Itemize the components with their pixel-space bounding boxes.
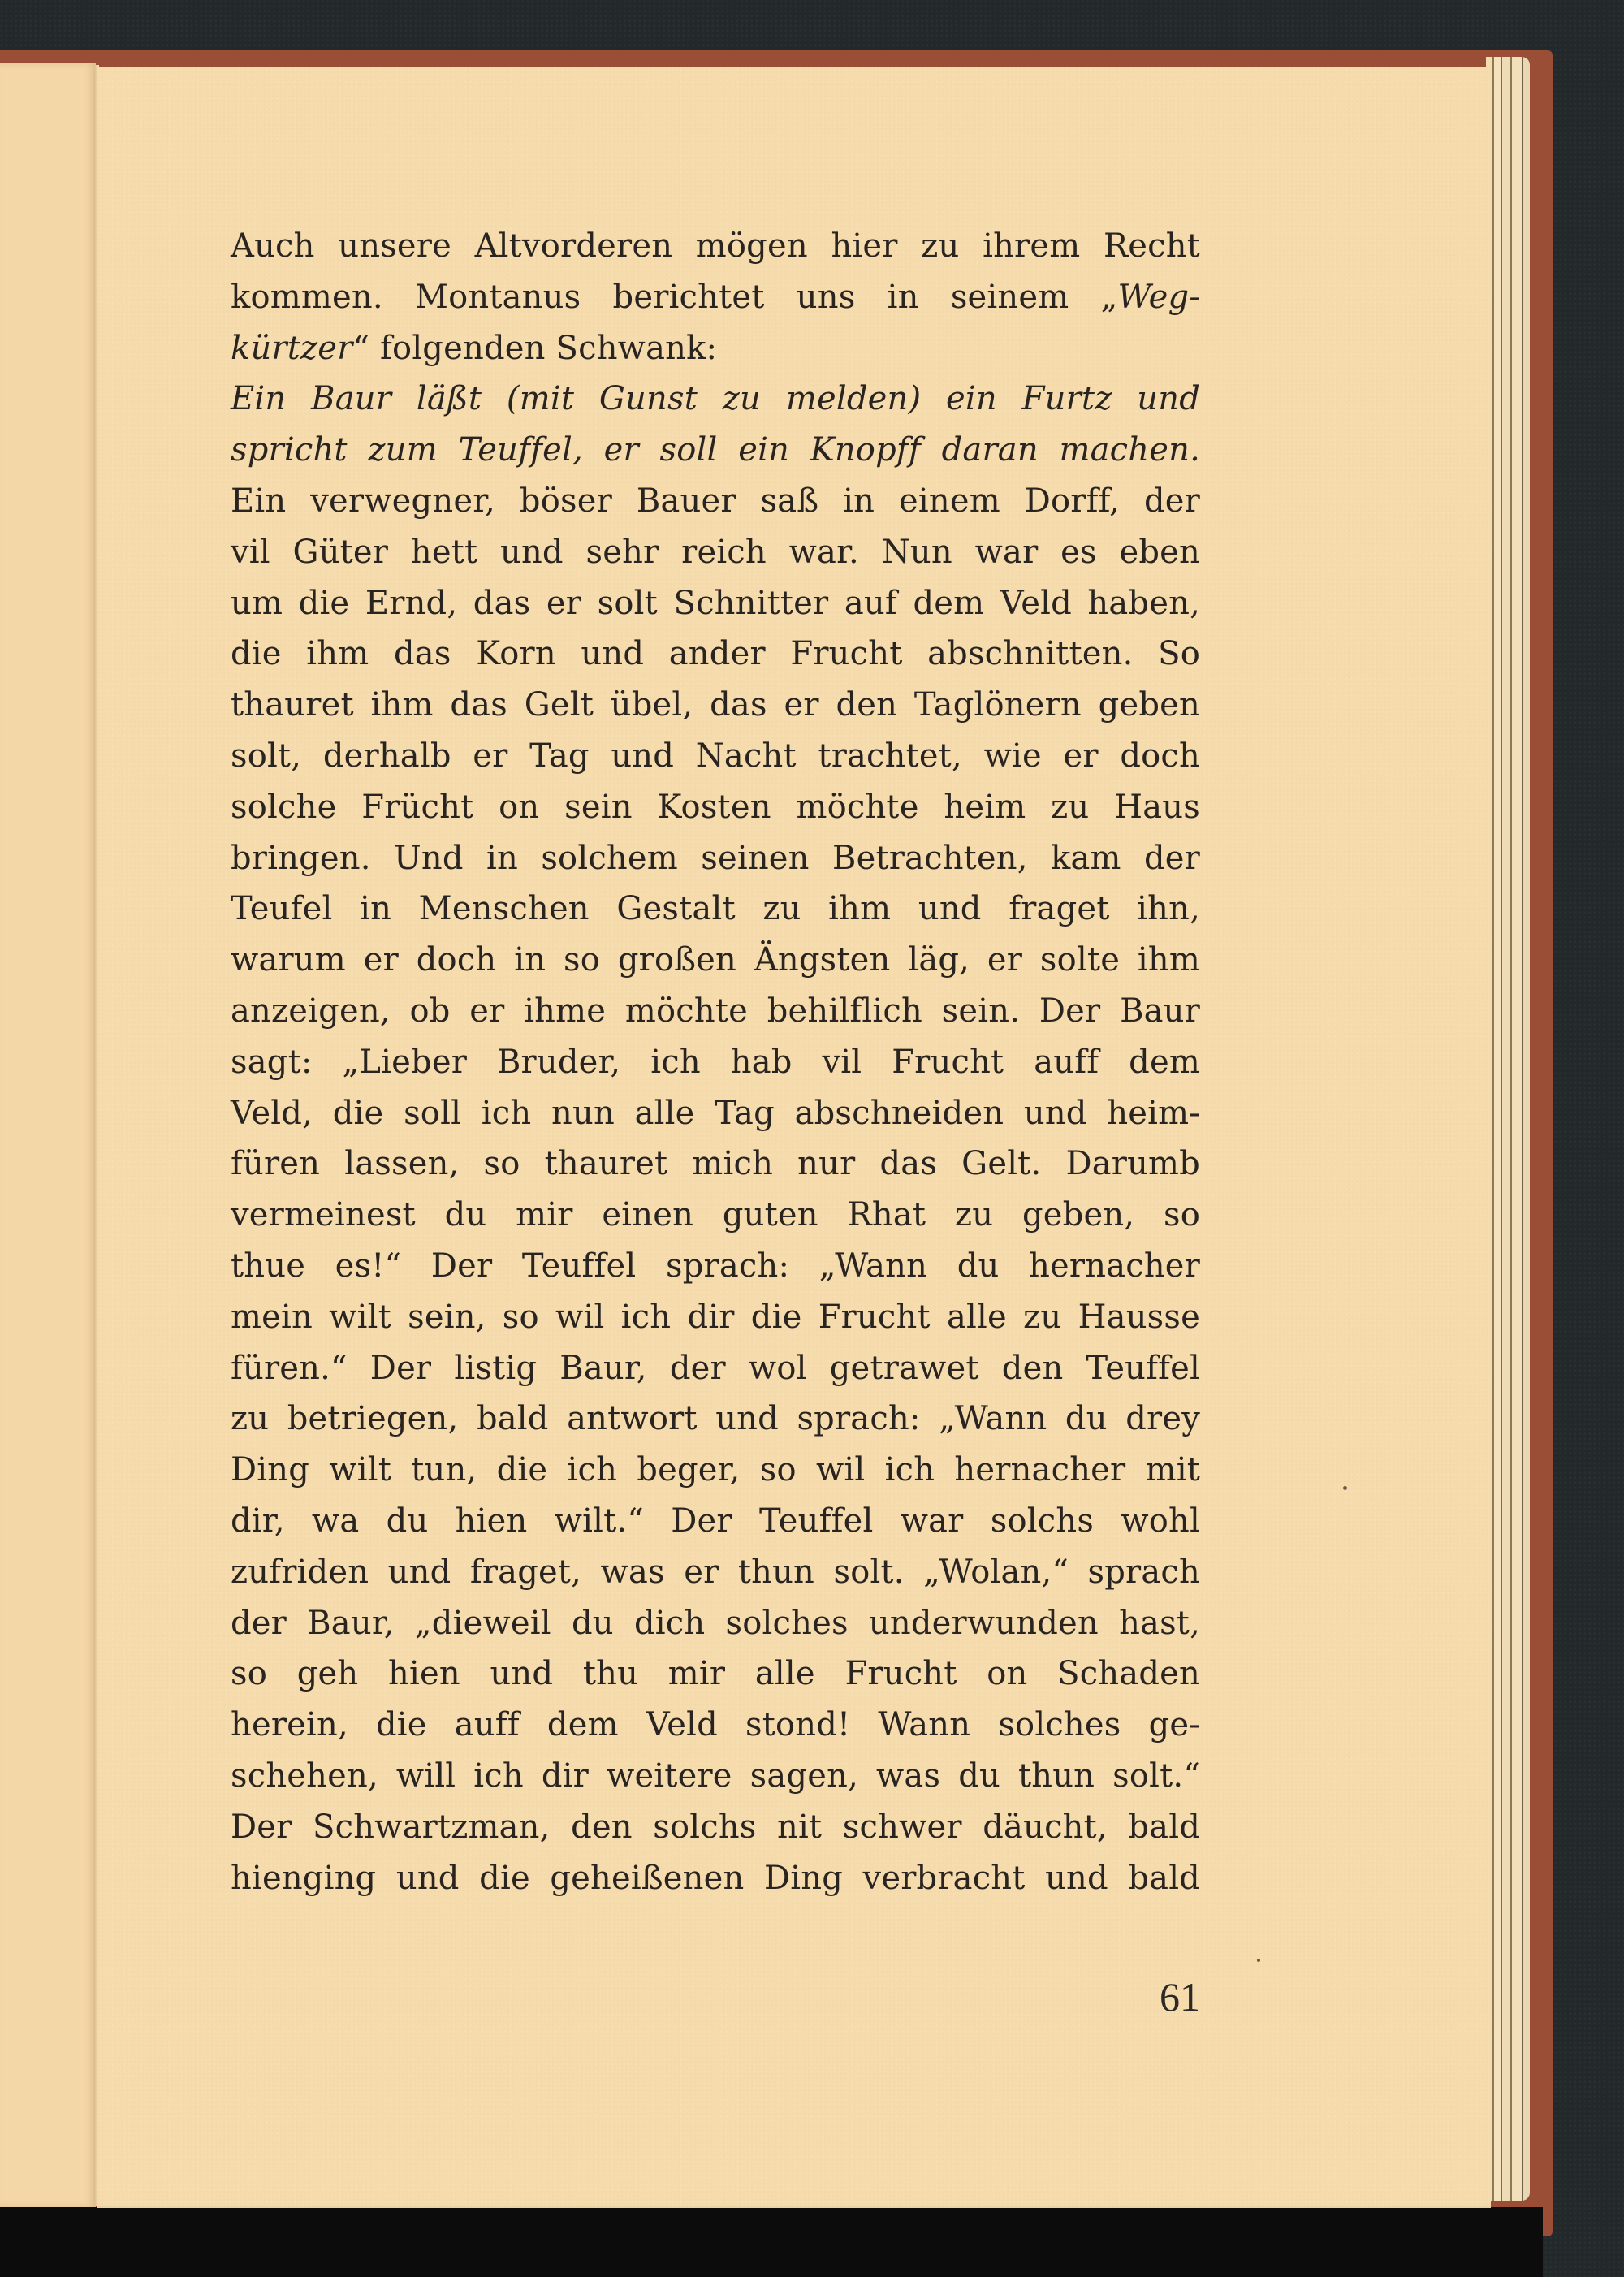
text-line: zu betriegen, bald antwort und sprach: „… — [231, 1393, 1200, 1445]
text-line: um die Ernd, das er solt Schnitter auf d… — [231, 578, 1200, 629]
text-line: hienging und die geheißenen Ding verbrac… — [231, 1853, 1200, 1904]
text-line: sagt: „Lieber Bruder, ich hab vil Frucht… — [231, 1037, 1200, 1088]
text-line: solt, derhalb er Tag und Nacht trachtet,… — [231, 731, 1200, 782]
page-number: 61 — [1160, 1973, 1200, 2020]
text-line: spricht zum Teuffel, er soll ein Knopff … — [231, 425, 1200, 476]
text-line: Auch unsere Altvorderen mögen hier zu ih… — [231, 221, 1200, 272]
text-line: dir, wa du hien wilt.“ Der Teuffel war s… — [231, 1496, 1200, 1547]
paper-speck — [1343, 1486, 1347, 1490]
page-text: Auch unsere Altvorderen mögen hier zu ih… — [231, 221, 1200, 1903]
text-span: kommen. Montanus berichtet uns in seinem… — [231, 279, 1118, 316]
page-edges — [1486, 57, 1530, 2201]
italic-title-span: kürtzer — [231, 330, 352, 367]
text-span: “ folgenden Schwank: — [352, 330, 717, 367]
text-line: füren.“ Der listig Baur, der wol getrawe… — [231, 1343, 1200, 1394]
text-line: vil Güter hett und sehr reich war. Nun w… — [231, 527, 1200, 578]
text-line: solche Frücht on sein Kosten möchte heim… — [231, 782, 1200, 833]
text-line: zufriden und fraget, was er thun solt. „… — [231, 1547, 1200, 1598]
left-page-edge — [0, 63, 96, 2207]
text-line: anzeigen, ob er ihme möchte behilflich s… — [231, 986, 1200, 1037]
text-line: der Baur, „dieweil du dich solches under… — [231, 1598, 1200, 1649]
text-line: vermeinest du mir einen guten Rhat zu ge… — [231, 1190, 1200, 1241]
text-line: füren lassen, so thauret mich nur das Ge… — [231, 1138, 1200, 1190]
text-line: Der Schwartzman, den solchs nit schwer d… — [231, 1802, 1200, 1853]
text-line: die ihm das Korn und ander Frucht abschn… — [231, 629, 1200, 680]
text-line: Teufel in Menschen Gestalt zu ihm und fr… — [231, 884, 1200, 935]
text-line: mein wilt sein, so wil ich dir die Fruch… — [231, 1292, 1200, 1343]
text-line: kürtzer“ folgenden Schwank: — [231, 323, 1200, 374]
text-line: kommen. Montanus berichtet uns in seinem… — [231, 272, 1200, 323]
text-line: herein, die auff dem Veld stond! Wann so… — [231, 1700, 1200, 1751]
text-line: thauret ihm das Gelt übel, das er den Ta… — [231, 680, 1200, 731]
text-line: so geh hien und thu mir alle Frucht on S… — [231, 1648, 1200, 1700]
text-line: Ein Baur läßt (mit Gunst zu melden) ein … — [231, 374, 1200, 425]
shadow — [0, 2207, 1543, 2277]
text-line: Ein verwegner, böser Bauer saß in einem … — [231, 476, 1200, 527]
italic-title-span: Weg- — [1118, 279, 1200, 316]
text-line: warum er doch in so großen Ängsten läg, … — [231, 935, 1200, 986]
text-line: Ding wilt tun, die ich beger, so wil ich… — [231, 1445, 1200, 1496]
text-line: Veld, die soll ich nun alle Tag abschnei… — [231, 1088, 1200, 1139]
text-line: bringen. Und in solchem seinen Betrachte… — [231, 833, 1200, 884]
paper-speck — [1257, 1959, 1260, 1962]
text-line: thue es!“ Der Teuffel sprach: „Wann du h… — [231, 1241, 1200, 1292]
text-line: schehen, will ich dir weitere sagen, was… — [231, 1751, 1200, 1802]
